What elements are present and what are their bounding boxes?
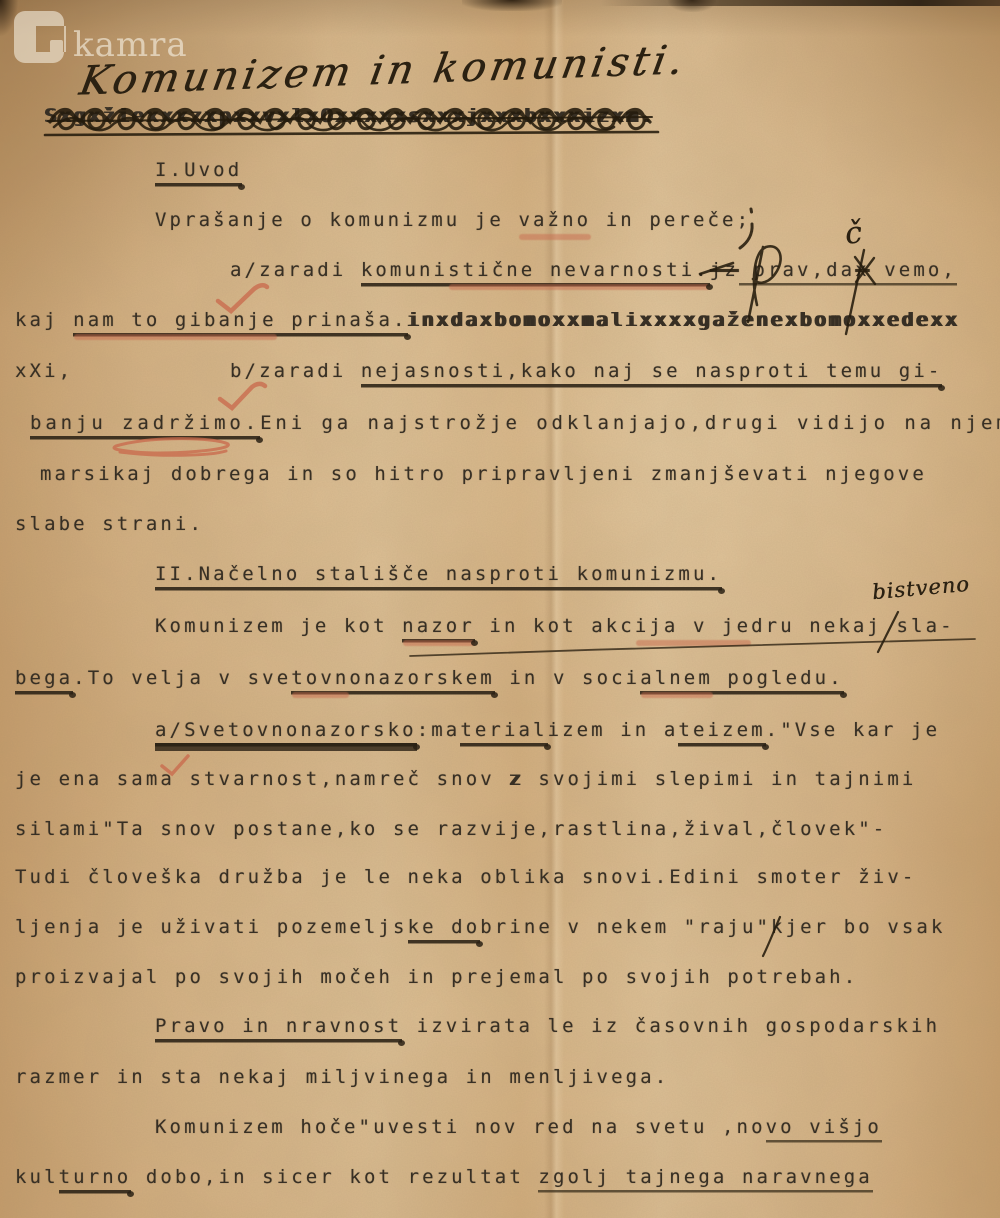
typed-segment: kul bbox=[15, 1164, 59, 1190]
typed-segment: dobo,in sicer kot rezultat bbox=[131, 1164, 538, 1190]
typed-line: proizvajal po svojih močeh in prejemal p… bbox=[15, 964, 858, 990]
kamra-logo-icon bbox=[10, 8, 68, 68]
typed-segment: banju zadržimo. bbox=[30, 410, 260, 436]
typed-segment: akc bbox=[591, 613, 635, 639]
typed-segment: ljenja je uživati pozemeljs bbox=[15, 914, 408, 940]
typed-layer: SxgxžiexxxzxpxxvxlxOxxxxxsxxxjxxxbxxxizx… bbox=[0, 0, 1000, 1218]
typed-segment: jz bbox=[710, 257, 739, 283]
typed-segment: Vprašanje o komunizmu je bbox=[155, 207, 518, 233]
typed-segment: prav,da bbox=[739, 257, 855, 283]
typed-line: xXi, bbox=[15, 358, 73, 384]
typed-line: Komunizem je kot nazor in kot akcija v j… bbox=[155, 613, 955, 639]
typed-line: a/Svetovnonazorsko:materializem in ateiz… bbox=[155, 717, 940, 743]
typed-segment: nam to gibanje bbox=[73, 307, 277, 333]
typed-line: razmer in sta nekaj miljvinega in menlji… bbox=[15, 1064, 669, 1090]
typed-line: banju zadržimo.Eni ga najstrožje odklanj… bbox=[30, 410, 1000, 436]
typed-segment: komuni bbox=[361, 257, 448, 283]
typed-segment: vemo, bbox=[870, 257, 957, 283]
typed-segment: razmer in sta nekaj miljvinega in menlji… bbox=[15, 1064, 669, 1090]
typed-segment: Komunizem je kot bbox=[155, 613, 402, 639]
typed-segment: a/zaradi bbox=[230, 257, 361, 283]
typed-segment: svojimi slepimi in tajnimi bbox=[524, 766, 917, 792]
kamra-watermark: kamra bbox=[10, 8, 188, 68]
typed-segment: slabe strani. bbox=[15, 511, 204, 537]
typed-segment: zgolj tajnega naravnega bbox=[538, 1164, 872, 1190]
typed-segment: Pravo in nravnost bbox=[155, 1013, 402, 1039]
typed-segment: dru nekaj sla- bbox=[751, 613, 955, 639]
typed-segment: Tudi človeška družba je le neka oblika s… bbox=[15, 864, 916, 890]
typed-segment: x bbox=[855, 257, 870, 283]
typed-segment: vo višjo bbox=[766, 1114, 882, 1140]
typed-segment: a/Svetovnonazorsko bbox=[155, 717, 417, 743]
typed-segment: .To velja v sve bbox=[73, 665, 291, 691]
typed-line: Komunizem hoče"uvesti nov red na svetu ,… bbox=[155, 1114, 882, 1140]
typed-line: II.Načelno stališče nasproti komunizmu. bbox=[155, 561, 722, 587]
typed-segment: izvirata le iz časovnih gospodarskih bbox=[402, 1013, 940, 1039]
typed-segment: silami"Ta snov postane,ko se razvije,ras… bbox=[15, 816, 887, 842]
typed-segment: stične nevarnosti. bbox=[448, 257, 710, 283]
typed-segment: Eni ga najstrožje odklanjajo,drugi vidij… bbox=[260, 410, 1000, 436]
typed-segment: turno bbox=[59, 1164, 132, 1190]
typed-segment: in pereče; bbox=[591, 207, 751, 233]
typed-line: silami"Ta snov postane,ko se razvije,ras… bbox=[15, 816, 887, 842]
typed-segment: onazorskem bbox=[349, 665, 494, 691]
typed-segment: važno bbox=[518, 207, 591, 233]
typed-segment: z bbox=[509, 766, 524, 792]
typed-line: marsikaj dobrega in so hitro pripravljen… bbox=[40, 461, 927, 487]
handwritten-insert-caron: č bbox=[843, 215, 863, 252]
typed-segment: in kot bbox=[475, 613, 591, 639]
typed-segment: ."Vse kar je bbox=[766, 717, 940, 743]
typed-segment: nazor bbox=[402, 613, 475, 639]
typed-segment: II.Načelno stališče nasproti komunizmu. bbox=[155, 561, 722, 587]
typed-line: SxgxžiexxxzxpxxvxlxOxxxxxsxxxjxxxbxxxizx… bbox=[45, 103, 656, 129]
typed-segment: brine v nekem "raju"kjer bo vsak bbox=[480, 914, 945, 940]
typed-segment: kaj bbox=[15, 307, 73, 333]
typed-line: ljenja je uživati pozemeljske dobrine v … bbox=[15, 914, 946, 940]
typed-segment: proizvajal po svojih močeh in prejemal p… bbox=[15, 964, 858, 990]
typed-segment: I.Uvod bbox=[155, 157, 242, 183]
typed-line: kaj nam to gibanje prinaša.inxdaxbomoxxm… bbox=[15, 307, 960, 333]
typed-segment: terial bbox=[460, 717, 547, 743]
typed-segment: b/zaradi bbox=[230, 358, 361, 384]
typed-segment: ija v je bbox=[635, 613, 751, 639]
typed-segment: Komunizem hoče"uvesti nov red na svetu ,… bbox=[155, 1114, 766, 1140]
typed-line: Pravo in nravnost izvirata le iz časovni… bbox=[155, 1013, 940, 1039]
typed-line: Vprašanje o komunizmu je važno in pereče… bbox=[155, 207, 751, 233]
typed-line: I.Uvod bbox=[155, 157, 242, 183]
typed-segment: tovn bbox=[291, 665, 349, 691]
typed-line: bega.To velja v svetovnonazorskem in v s… bbox=[15, 665, 844, 691]
typed-segment: :ma bbox=[417, 717, 461, 743]
typed-segment: je ena sama stvarnost,namreč snov bbox=[15, 766, 509, 792]
typed-segment: izem in a bbox=[548, 717, 679, 743]
typed-segment: xXi, bbox=[15, 358, 73, 384]
typed-line: je ena sama stvarnost,namreč snov z svoj… bbox=[15, 766, 916, 792]
typed-segment: pogledu. bbox=[713, 665, 844, 691]
typed-segment: bega bbox=[15, 665, 73, 691]
typed-segment: marsikaj dobrega in so hitro pripravljen… bbox=[40, 461, 927, 487]
typed-segment: inxdaxbomoxxmalixxxxgaženexbomoxxedexx bbox=[408, 307, 960, 333]
typed-segment: alnem bbox=[640, 665, 713, 691]
typed-segment: in v soci bbox=[495, 665, 640, 691]
scanned-document-page: SxgxžiexxxzxpxxvxlxOxxxxxsxxxjxxxbxxxizx… bbox=[0, 0, 1000, 1218]
typed-line: a/zaradi komunistične nevarnosti.jz prav… bbox=[230, 257, 957, 283]
typed-line: b/zaradi nejasnosti,kako naj se nasproti… bbox=[230, 358, 942, 384]
typed-segment: SxgxžiexxxzxpxxvxlxOxxxxxsxxxjxxxbxxxizx… bbox=[45, 103, 656, 129]
typed-segment: prinaša. bbox=[277, 307, 408, 333]
typed-line: Tudi človeška družba je le neka oblika s… bbox=[15, 864, 916, 890]
typed-segment: ke do bbox=[408, 914, 481, 940]
typed-segment: nejasnosti,kako naj se nasproti temu gi- bbox=[361, 358, 943, 384]
kamra-watermark-label: kamra bbox=[73, 28, 188, 68]
typed-segment: teizem bbox=[678, 717, 765, 743]
typed-line: kulturno dobo,in sicer kot rezultat zgol… bbox=[15, 1164, 873, 1190]
typed-line: slabe strani. bbox=[15, 511, 204, 537]
